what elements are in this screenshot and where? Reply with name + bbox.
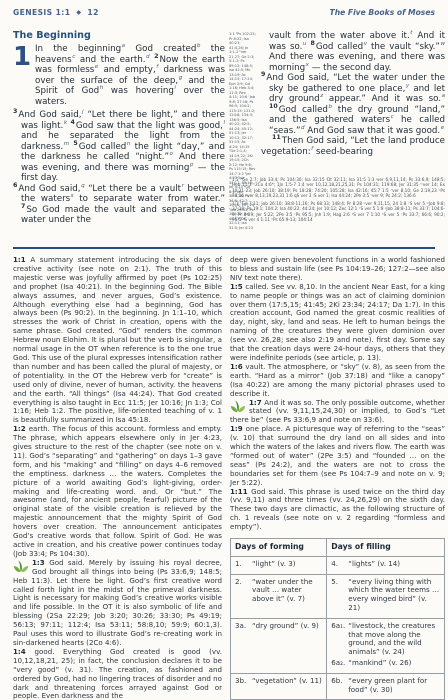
cross-ref-letter: v (364, 41, 367, 47)
table-cell: 1.“light” (v. 3) (231, 556, 327, 574)
item-number: 4. (331, 560, 348, 569)
verse-paragraph: In the beginninga God createdb the heave… (35, 44, 225, 107)
commentary-note: 1:1 A summary statement introducing the … (13, 256, 222, 425)
table-header-filling: Days of filling (327, 539, 445, 557)
item-text: “every living thing with which the water… (348, 578, 440, 613)
note-verse-ref: 1:7 (249, 398, 264, 407)
table-header-forming: Days of forming (231, 539, 327, 557)
item-number: 2. (235, 578, 252, 604)
table-cell: 4.“lights” (v. 14) (327, 556, 445, 574)
days-forming-filling-table: Days of forming Days of filling 1.“light… (230, 538, 445, 700)
cross-ref-letter: g (179, 75, 183, 81)
commentary-note: 1:2 earth. The focus of this account. fo… (13, 425, 222, 559)
item-number: 6a₂. (331, 659, 348, 668)
cross-ref-letter: d (146, 54, 150, 60)
table-item: 3a.“dry ground” (v. 9) (235, 622, 322, 631)
page-number: 12 (87, 8, 98, 17)
cross-ref-letter: a (442, 93, 445, 99)
commentary-note: 1:3 God said. Merely by issuing his roya… (13, 559, 222, 648)
table-cell: 6a₁.“livestock, the creatures that move … (327, 618, 445, 673)
cross-ref-letter: q (81, 183, 85, 189)
verse-1-block: 1 In the beginninga God createdb the hea… (13, 44, 225, 107)
chapter-number-dropcap: 1 (13, 45, 31, 69)
cross-ref-letter: m (64, 141, 69, 147)
note-verse-ref: 1:3 (32, 558, 49, 567)
cross-ref-letter: d (301, 125, 305, 131)
scripture-column-left: The Beginning 1 In the beginninga God cr… (13, 30, 225, 226)
verse-paragraph: vault from the water above it.t And it w… (261, 31, 445, 73)
commentary-column-left: 1:1 A summary statement introducing the … (13, 256, 222, 700)
item-number: 6a₁. (331, 622, 348, 657)
item-text: “mankind” (v. 26) (348, 659, 440, 668)
cross-ref-letter: z (320, 93, 323, 99)
commentary-note: 1:9 one place. A picturesque way of refe… (230, 425, 445, 487)
cross-ref-letter: k (64, 120, 67, 126)
commentary-note: 1:11 God said. This phrase is used twice… (230, 488, 445, 533)
commentary-note: 1:7 And it was so. The only possible out… (230, 399, 445, 426)
cross-ref-letter: f (311, 146, 313, 152)
item-number: 3a. (235, 622, 252, 631)
table-cell: 6b.“every green plant for food” (v. 30) (327, 673, 445, 700)
cross-ref-letter: r (182, 183, 184, 189)
commentary-note: 1:6 vault. The atmosphere, or “sky” (v. … (230, 363, 445, 399)
verse-number: 3 (13, 108, 17, 115)
verse-number: 4 (70, 119, 74, 126)
section-title: The Five Books of Moses (330, 8, 435, 17)
cross-ref-letter: t (410, 30, 412, 36)
cross-ref-letter: f (156, 64, 158, 70)
cross-ref-letter: o (170, 151, 173, 157)
cross-ref-letter: l (223, 120, 225, 126)
table-item: 6b.“every green plant for food” (v. 30) (331, 677, 440, 695)
commentary-column-right: deep were given benevolent functions in … (230, 256, 445, 700)
book-reference: GENESIS 1:1 (13, 8, 70, 17)
item-number: 5. (331, 578, 348, 613)
item-number: 3b. (235, 677, 252, 686)
table-item: 5.“every living thing with which the wat… (331, 578, 440, 613)
table-row: 3a.“dry ground” (v. 9)6a₁.“livestock, th… (231, 618, 445, 673)
study-bible-page: GENESIS 1:1 ◆ 12 The Five Books of Moses… (0, 0, 448, 700)
commentary-divider-rule (13, 247, 435, 249)
cross-ref-letter: s (71, 193, 74, 199)
note-verse-ref: 1:1 (13, 255, 30, 264)
cross-ref-paragraph: 1:2 ʰGe 2:7; Job 33:4; Ps 104:30; Isa 32… (232, 177, 445, 198)
item-text: “light” (v. 3) (252, 560, 322, 569)
cross-ref-letter: b (197, 43, 201, 49)
verse-paragraph: 3And God said,j “Let there be light,” an… (13, 110, 225, 184)
table-item: 4.“lights” (v. 14) (331, 560, 440, 569)
cross-ref-letter: c (72, 54, 75, 60)
scripture-column-right: vault from the water above it.t And it w… (261, 31, 445, 157)
verse-paragraph: 9And God said, “Let the water under the … (261, 73, 445, 136)
table-header-row: Days of forming Days of filling (231, 539, 445, 557)
cross-ref-letter: y (406, 83, 409, 89)
diamond-ornament-icon: ◆ (76, 9, 81, 16)
table-row: 1.“light” (v. 3)4.“lights” (v. 14) (231, 556, 445, 574)
passage-heading: The Beginning (13, 30, 225, 41)
leaf-icon (13, 560, 29, 573)
cross-ref-letter: w (440, 41, 445, 47)
cross-ref-letter: p (190, 162, 194, 168)
verse-number: 9 (261, 71, 265, 78)
note-verse-ref: 1:9 (230, 424, 246, 433)
table-item: 6a₁.“livestock, the creatures that move … (331, 622, 440, 657)
item-text: “water under the vault … water above it”… (252, 578, 322, 604)
item-text: “livestock, the creatures that move alon… (348, 622, 440, 657)
cross-ref-letter: x (306, 62, 309, 68)
table-item: 3b.“vegetation” (v. 11) (235, 677, 322, 686)
verse-number: 8 (310, 40, 314, 47)
table-item: 6a₂.“mankind” (v. 26) (331, 659, 440, 668)
leaf-icon (230, 400, 246, 413)
cross-ref-letter: e (95, 64, 98, 70)
cross-ref-letter: u (303, 41, 307, 47)
item-number: 1. (235, 560, 252, 569)
cross-ref-letter: h (100, 85, 104, 91)
running-head-left: GENESIS 1:1 ◆ 12 (13, 8, 99, 17)
item-text: “every green plant for food” (v. 30) (348, 677, 440, 695)
commentary-note: 1:5 called. See vv. 8,10. In the ancient… (230, 283, 445, 363)
cross-ref-letter: n (127, 141, 131, 147)
table-cell: 5.“every living thing with which the wat… (327, 574, 445, 618)
table-cell: 2.“water under the vault … water above i… (231, 574, 327, 618)
cross-references-block: 1:2 ʰGe 2:7; Job 33:4; Ps 104:30; Isa 32… (232, 177, 445, 225)
verse-paragraph: 11Then God said, “Let the land produce v… (261, 136, 445, 157)
running-head: GENESIS 1:1 ◆ 12 The Five Books of Moses (13, 8, 435, 17)
cross-ref-letter: e (441, 125, 444, 131)
note-verse-ref: 1:11 (230, 487, 251, 496)
verse-number: 7 (21, 203, 25, 210)
commentary-notes-right: deep were given benevolent functions in … (230, 256, 445, 532)
table-item: 1.“light” (v. 3) (235, 560, 322, 569)
table-cell: 3a.“dry ground” (v. 9) (231, 618, 327, 673)
table-row: 3b.“vegetation” (v. 11)6b.“every green p… (231, 673, 445, 700)
table-item: 2.“water under the vault … water above i… (235, 578, 322, 604)
table-row: 2.“water under the vault … water above i… (231, 574, 445, 618)
cross-ref-paragraph: 1:7 ᵗGe 7:11; Job 26:10; 38:8-11,16; Ps … (232, 201, 445, 222)
note-verse-ref: 1:6 (230, 362, 245, 371)
verse-number: 11 (272, 134, 281, 141)
note-verse-ref: 1:5 (230, 282, 245, 291)
verse-number: 6 (13, 182, 17, 189)
note-verse-ref: 1:2 (13, 424, 29, 433)
verse-number: 10 (269, 103, 278, 110)
cross-ref-letter: b (328, 104, 332, 110)
item-number: 6b. (331, 677, 348, 695)
commentary-note: 1:4 good. Everything God created is good… (13, 648, 222, 700)
verse-number: 5 (73, 140, 77, 147)
cross-ref-letter: a (122, 43, 125, 49)
cross-ref-letter: i (174, 85, 176, 91)
verse-number: 2 (154, 53, 158, 60)
item-text: “vegetation” (v. 11) (252, 677, 322, 686)
item-text: “dry ground” (v. 9) (252, 622, 322, 631)
commentary-note: deep were given benevolent functions in … (230, 256, 445, 283)
cross-ref-letter: j (82, 109, 84, 115)
cross-ref-letter: c (391, 114, 394, 120)
item-text: “lights” (v. 14) (348, 560, 440, 569)
table-cell: 3b.“vegetation” (v. 11) (231, 673, 327, 700)
verse-paragraph: 6And God said,q “Let there be a vaultr b… (13, 184, 225, 226)
note-verse-ref: 1:4 (13, 647, 35, 656)
